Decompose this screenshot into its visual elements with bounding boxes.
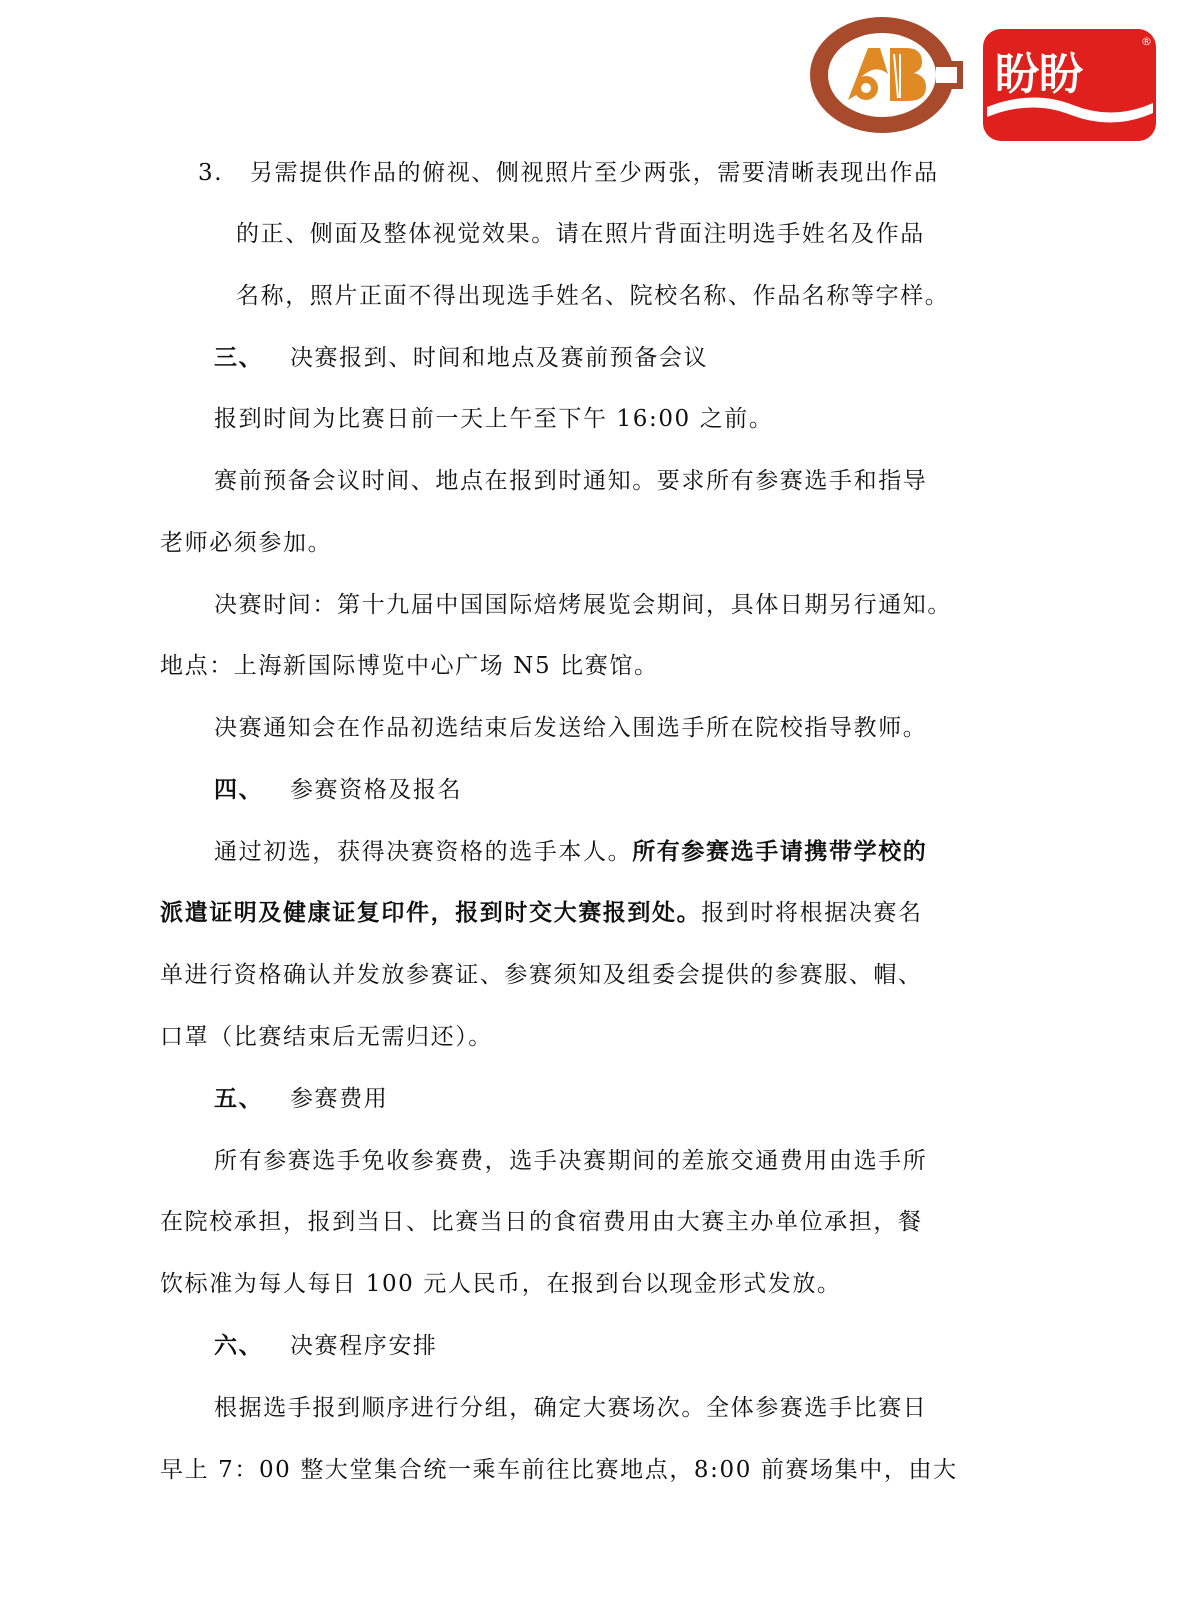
section-heading-5: 五、 参赛费用: [214, 1084, 388, 1114]
header-logos: 盼盼 ®: [808, 14, 1158, 138]
section-title: 参赛费用: [290, 1086, 388, 1112]
item-text: 另需提供作品的俯视、侧视照片至少两张，需要清晰表现出作品: [250, 160, 939, 186]
section-number: 五、: [214, 1086, 263, 1112]
list-item-3: 3. 另需提供作品的俯视、侧视照片至少两张，需要清晰表现出作品: [198, 158, 939, 188]
item-text-line: 的正、侧面及整体视觉效果。请在照片背面注明选手姓名及作品: [236, 219, 925, 249]
text-bold: 所有参赛选手请携带学校的: [632, 838, 927, 865]
paragraph: 决赛时间：第十九届中国国际焙烤展览会期间，具体日期另行通知。: [214, 590, 952, 620]
section-heading-3: 三、 决赛报到、时间和地点及赛前预备会议: [214, 343, 708, 373]
paragraph: 老师必须参加。: [160, 528, 332, 558]
section-heading-4: 四、 参赛资格及报名: [214, 775, 462, 805]
text-normal: 通过初选，获得决赛资格的选手本人。: [214, 839, 632, 865]
section-number: 三、: [214, 345, 263, 371]
paragraph: 报到时间为比赛日前一天上午至下午 16:00 之前。: [214, 404, 774, 434]
section-title: 参赛资格及报名: [290, 777, 462, 803]
svg-text:®: ®: [1141, 35, 1152, 48]
text-bold: 派遣证明及健康证复印件，报到时交大赛报到处。: [160, 899, 701, 926]
cabci-association-logo: [808, 14, 964, 136]
section-heading-6: 六、 决赛程序安排: [214, 1331, 438, 1361]
paragraph: 根据选手报到顺序进行分组，确定大赛场次。全体参赛选手比赛日: [214, 1393, 927, 1423]
section-number: 六、: [214, 1333, 263, 1359]
section-number: 四、: [214, 777, 263, 803]
paragraph: 赛前预备会议时间、地点在报到时通知。要求所有参赛选手和指导: [214, 466, 927, 496]
panpan-brand-logo: 盼盼 ®: [983, 29, 1156, 141]
svg-text:盼盼: 盼盼: [995, 49, 1083, 100]
text-normal: 报到时将根据决赛名: [701, 900, 922, 926]
paragraph: 决赛通知会在作品初选结束后发送给入围选手所在院校指导教师。: [214, 713, 927, 743]
paragraph: 派遣证明及健康证复印件，报到时交大赛报到处。报到时将根据决赛名: [160, 898, 923, 928]
list-number: 3.: [198, 160, 223, 186]
item-text-line: 名称，照片正面不得出现选手姓名、院校名称、作品名称等字样。: [236, 281, 949, 311]
section-title: 决赛报到、时间和地点及赛前预备会议: [290, 345, 708, 371]
section-title: 决赛程序安排: [290, 1333, 438, 1359]
paragraph: 早上 7：00 整大堂集合统一乘车前往比赛地点，8:00 前赛场集中，由大: [160, 1455, 958, 1485]
paragraph: 地点：上海新国际博览中心广场 N5 比赛馆。: [160, 651, 659, 681]
paragraph: 单进行资格确认并发放参赛证、参赛须知及组委会提供的参赛服、帽、: [160, 960, 923, 990]
paragraph: 口罩（比赛结束后无需归还）。: [160, 1022, 493, 1052]
paragraph: 所有参赛选手免收参赛费，选手决赛期间的差旅交通费用由选手所: [214, 1146, 927, 1176]
paragraph: 饮标准为每人每日 100 元人民币，在报到台以现金形式发放。: [160, 1269, 842, 1299]
paragraph: 通过初选，获得决赛资格的选手本人。所有参赛选手请携带学校的: [214, 837, 927, 867]
paragraph: 在院校承担，报到当日、比赛当日的食宿费用由大赛主办单位承担，餐: [160, 1207, 923, 1237]
